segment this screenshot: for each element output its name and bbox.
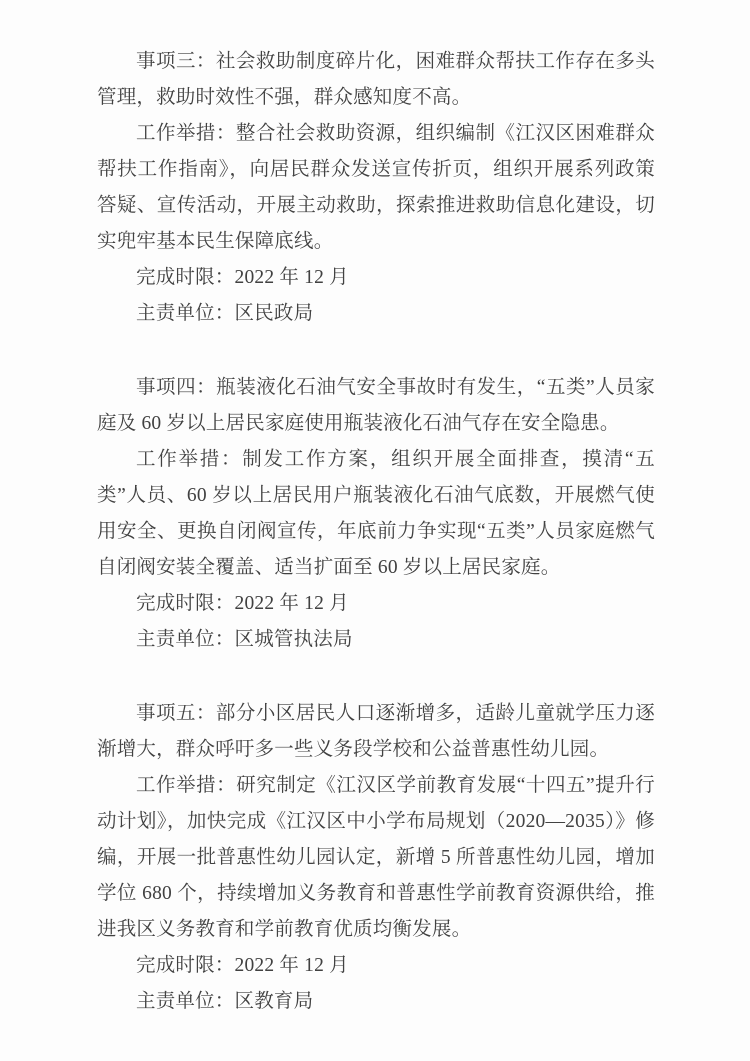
- deadline-line: 完成时限：2022 年 12 月: [97, 948, 655, 984]
- responsible-unit-line: 主责单位：区教育局: [97, 984, 655, 1020]
- section-item-four: 事项四：瓶装液化石油气安全事故时有发生，“五类”人员家庭及 60 岁以上居民家庭…: [97, 370, 655, 658]
- responsible-unit-line: 主责单位：区民政局: [97, 296, 655, 332]
- measures-paragraph: 工作举措：制发工作方案，组织开展全面排查，摸清“五类”人员、60 岁以上居民用户…: [97, 442, 655, 586]
- issue-paragraph: 事项五：部分小区居民人口逐渐增多，适龄儿童就学压力逐渐增大，群众呼吁多一些义务段…: [97, 696, 655, 768]
- deadline-line: 完成时限：2022 年 12 月: [97, 586, 655, 622]
- measures-paragraph: 工作举措：研究制定《江汉区学前教育发展“十四五”提升行动计划》，加快完成《江汉区…: [97, 768, 655, 948]
- issue-paragraph: 事项四：瓶装液化石油气安全事故时有发生，“五类”人员家庭及 60 岁以上居民家庭…: [97, 370, 655, 442]
- deadline-line: 完成时限：2022 年 12 月: [97, 260, 655, 296]
- section-item-five: 事项五：部分小区居民人口逐渐增多，适龄儿童就学压力逐渐增大，群众呼吁多一些义务段…: [97, 696, 655, 1020]
- responsible-unit-line: 主责单位：区城管执法局: [97, 622, 655, 658]
- section-item-three: 事项三：社会救助制度碎片化，困难群众帮扶工作存在多头管理，救助时效性不强，群众感…: [97, 44, 655, 332]
- document-page: 事项三：社会救助制度碎片化，困难群众帮扶工作存在多头管理，救助时效性不强，群众感…: [0, 0, 750, 1061]
- issue-paragraph: 事项三：社会救助制度碎片化，困难群众帮扶工作存在多头管理，救助时效性不强，群众感…: [97, 44, 655, 116]
- measures-paragraph: 工作举措：整合社会救助资源，组织编制《江汉区困难群众帮扶工作指南》，向居民群众发…: [97, 116, 655, 260]
